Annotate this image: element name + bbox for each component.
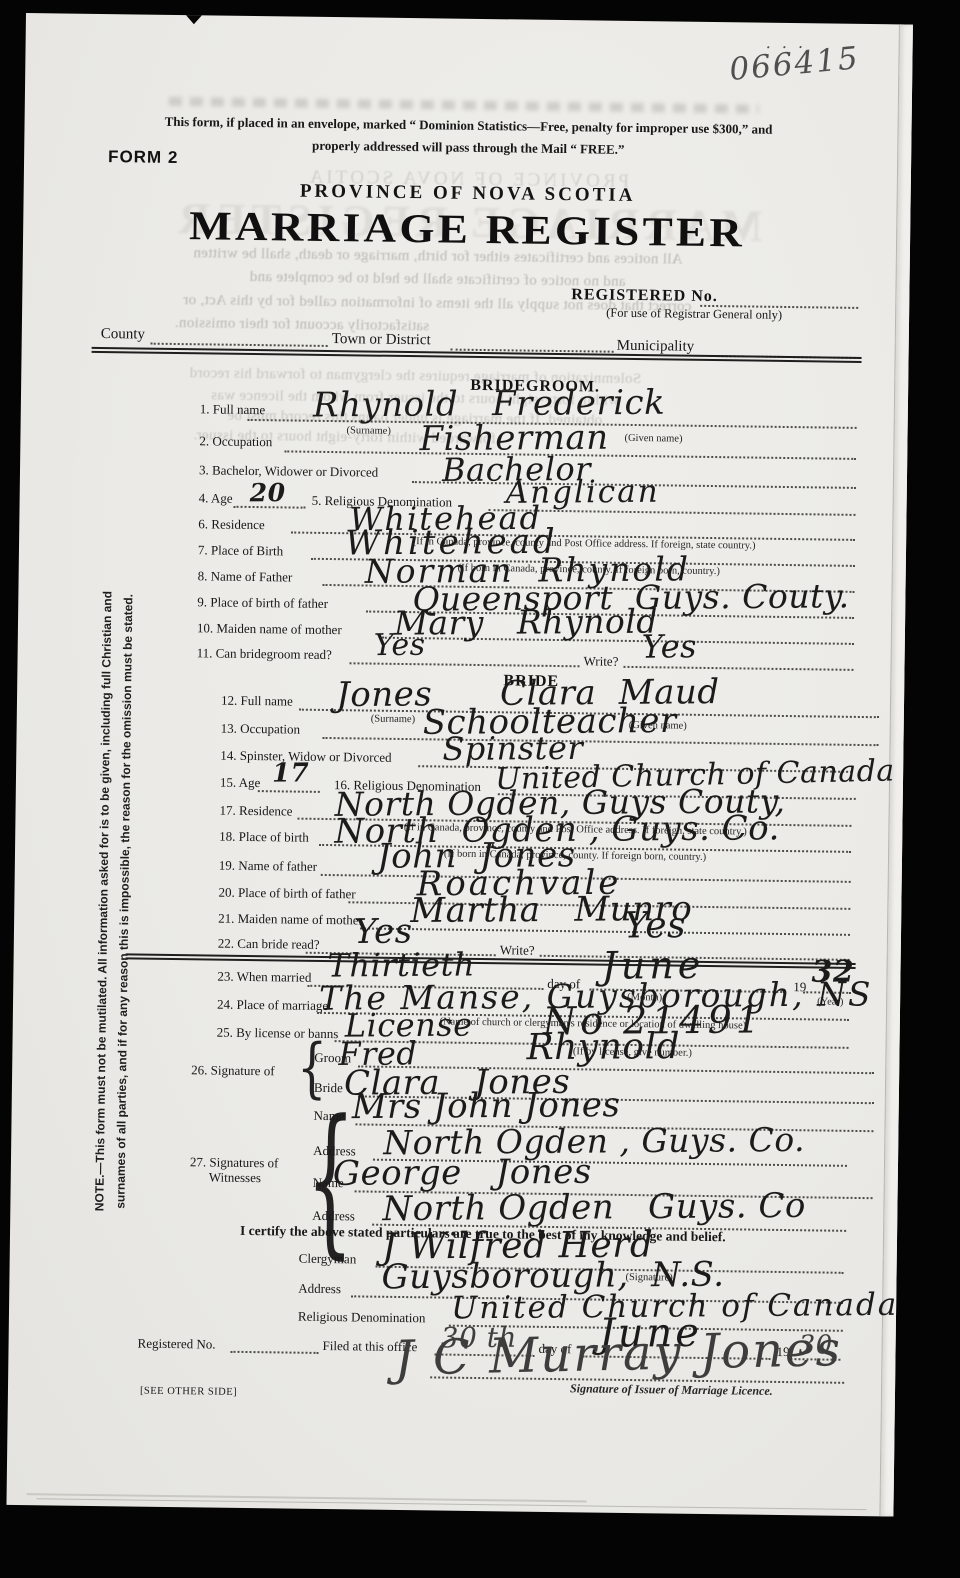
field-label-groom-father: 8. Name of Father [198, 568, 293, 585]
handwritten-groom-mother: Mary Rhynold [394, 605, 658, 640]
field-label-bride-read: 22. Can bride read? [218, 936, 320, 953]
field-label-bride-occupation: 13. Occupation [221, 721, 301, 738]
county-label: County [101, 326, 145, 344]
bleedthrough-line: satisfactorily account for their omissio… [92, 314, 512, 336]
field-label-groom-residence: 6. Residence [198, 516, 265, 533]
field-label-groom-father-birthplace: 9. Place of birth of father [197, 594, 328, 612]
registrar-only-note: (For use of Registrar General only) [606, 306, 782, 323]
clergyman-label: Clergyman [299, 1251, 357, 1268]
field-label-groom-full-name: 1. Full name [200, 401, 266, 418]
handwritten-issuer-signature: J C Murray Jones [394, 1325, 842, 1383]
field-label-bride-age: 15. Age [220, 775, 261, 792]
envelope-note-line2: properly addressed will pass through the… [118, 135, 818, 160]
dotted-leader [258, 790, 320, 793]
field-label-bride-full-name: 12. Full name [221, 693, 293, 710]
handwritten-when-married: Thirtieth [327, 948, 475, 981]
see-other-side: [SEE OTHER SIDE] [140, 1386, 237, 1398]
registered-no-label: REGISTERED No. [571, 286, 718, 306]
field-label-witnesses: Witnesses [209, 1169, 261, 1186]
field-label-bride-residence: 17. Residence [219, 803, 292, 820]
field-label-groom-read: 11. Can bridegroom read? [197, 645, 332, 663]
field-label-bride-father: 19. Name of father [219, 858, 317, 875]
bleedthrough-smudge [169, 97, 759, 114]
witness1-name-label: Name [313, 1108, 344, 1124]
field-label-bride-write: Write? [500, 942, 535, 958]
register-page: . . . 066415 PROVINCE OF NOVA SCOTIA MAR… [6, 13, 912, 1516]
field-label-bride-mother: 21. Maiden name of mother [218, 911, 363, 929]
field-label-bride-father-birthplace: 20. Place of birth of father [218, 885, 355, 903]
issuer-signature-note: Signature of Issuer of Marriage Licence. [570, 1381, 773, 1399]
field-label-groom-status: 3. Bachelor, Widower or Divorced [199, 462, 378, 480]
handwritten-groom-read: Yes [374, 631, 426, 661]
registered-no-footer-label: Registered No. [137, 1336, 215, 1353]
surname-note: (Surname) [346, 425, 390, 437]
denomination-label: Religious Denomination [298, 1309, 426, 1327]
town-district-label: Town or District [332, 331, 431, 349]
scanned-document: . . . 066415 PROVINCE OF NOVA SCOTIA MAR… [0, 0, 960, 1578]
field-label-signature-of: 26. Signature of [191, 1062, 275, 1079]
surname-note: (Surname) [371, 714, 415, 726]
field-label-groom-birthplace: 7. Place of Birth [198, 542, 283, 559]
dotted-leader [230, 1351, 318, 1354]
handwritten-groom-full-name: Rhynold Frederick [313, 386, 666, 423]
handwritten-bride-write: Yes [624, 908, 686, 944]
witness2-address-label: Address [312, 1208, 355, 1225]
field-label-place-of-marriage: 24. Place of marriage [217, 997, 328, 1014]
envelope-note-line1: This form, if placed in an envelope, mar… [118, 113, 818, 138]
page-title: MARRIAGE REGISTER [82, 200, 853, 258]
handwritten-groom-age: 20 [250, 480, 286, 505]
field-label-groom-age: 4. Age [199, 490, 233, 506]
handwritten-bride-age: 17 [272, 760, 309, 786]
dotted-leader [623, 666, 853, 671]
handwritten-groom-signature-last: Rhynold [526, 1029, 680, 1066]
stamp-number: 066415 [728, 43, 861, 86]
field-label-when-married: 23. When married [217, 969, 311, 986]
field-label-bride-birthplace: 18. Place of birth [219, 829, 309, 846]
paper-notch [186, 15, 202, 24]
field-label-groom-write: Write? [583, 653, 618, 669]
given-name-note: (Given name) [624, 433, 682, 445]
dotted-leader [234, 506, 306, 509]
handwritten-witness2-address: North Ogden Guys. Co [382, 1189, 806, 1226]
margin-note: NOTE.—This form must not be mutilated. A… [88, 516, 142, 1287]
handwritten-bride-read: Yes [354, 915, 413, 949]
handwritten-witness1-name: Mrs John Jones [352, 1088, 621, 1124]
dotted-leader [151, 343, 328, 347]
clergyman-address-label: Address [298, 1281, 341, 1298]
handwritten-groom-write: Yes [642, 630, 697, 662]
handwritten-witness2-name: George Jones [333, 1155, 592, 1191]
form-number: FORM 2 [108, 147, 178, 168]
field-label-groom-occupation: 2. Occupation [199, 433, 272, 450]
field-label-groom-mother: 10. Maiden name of mother [197, 620, 342, 638]
